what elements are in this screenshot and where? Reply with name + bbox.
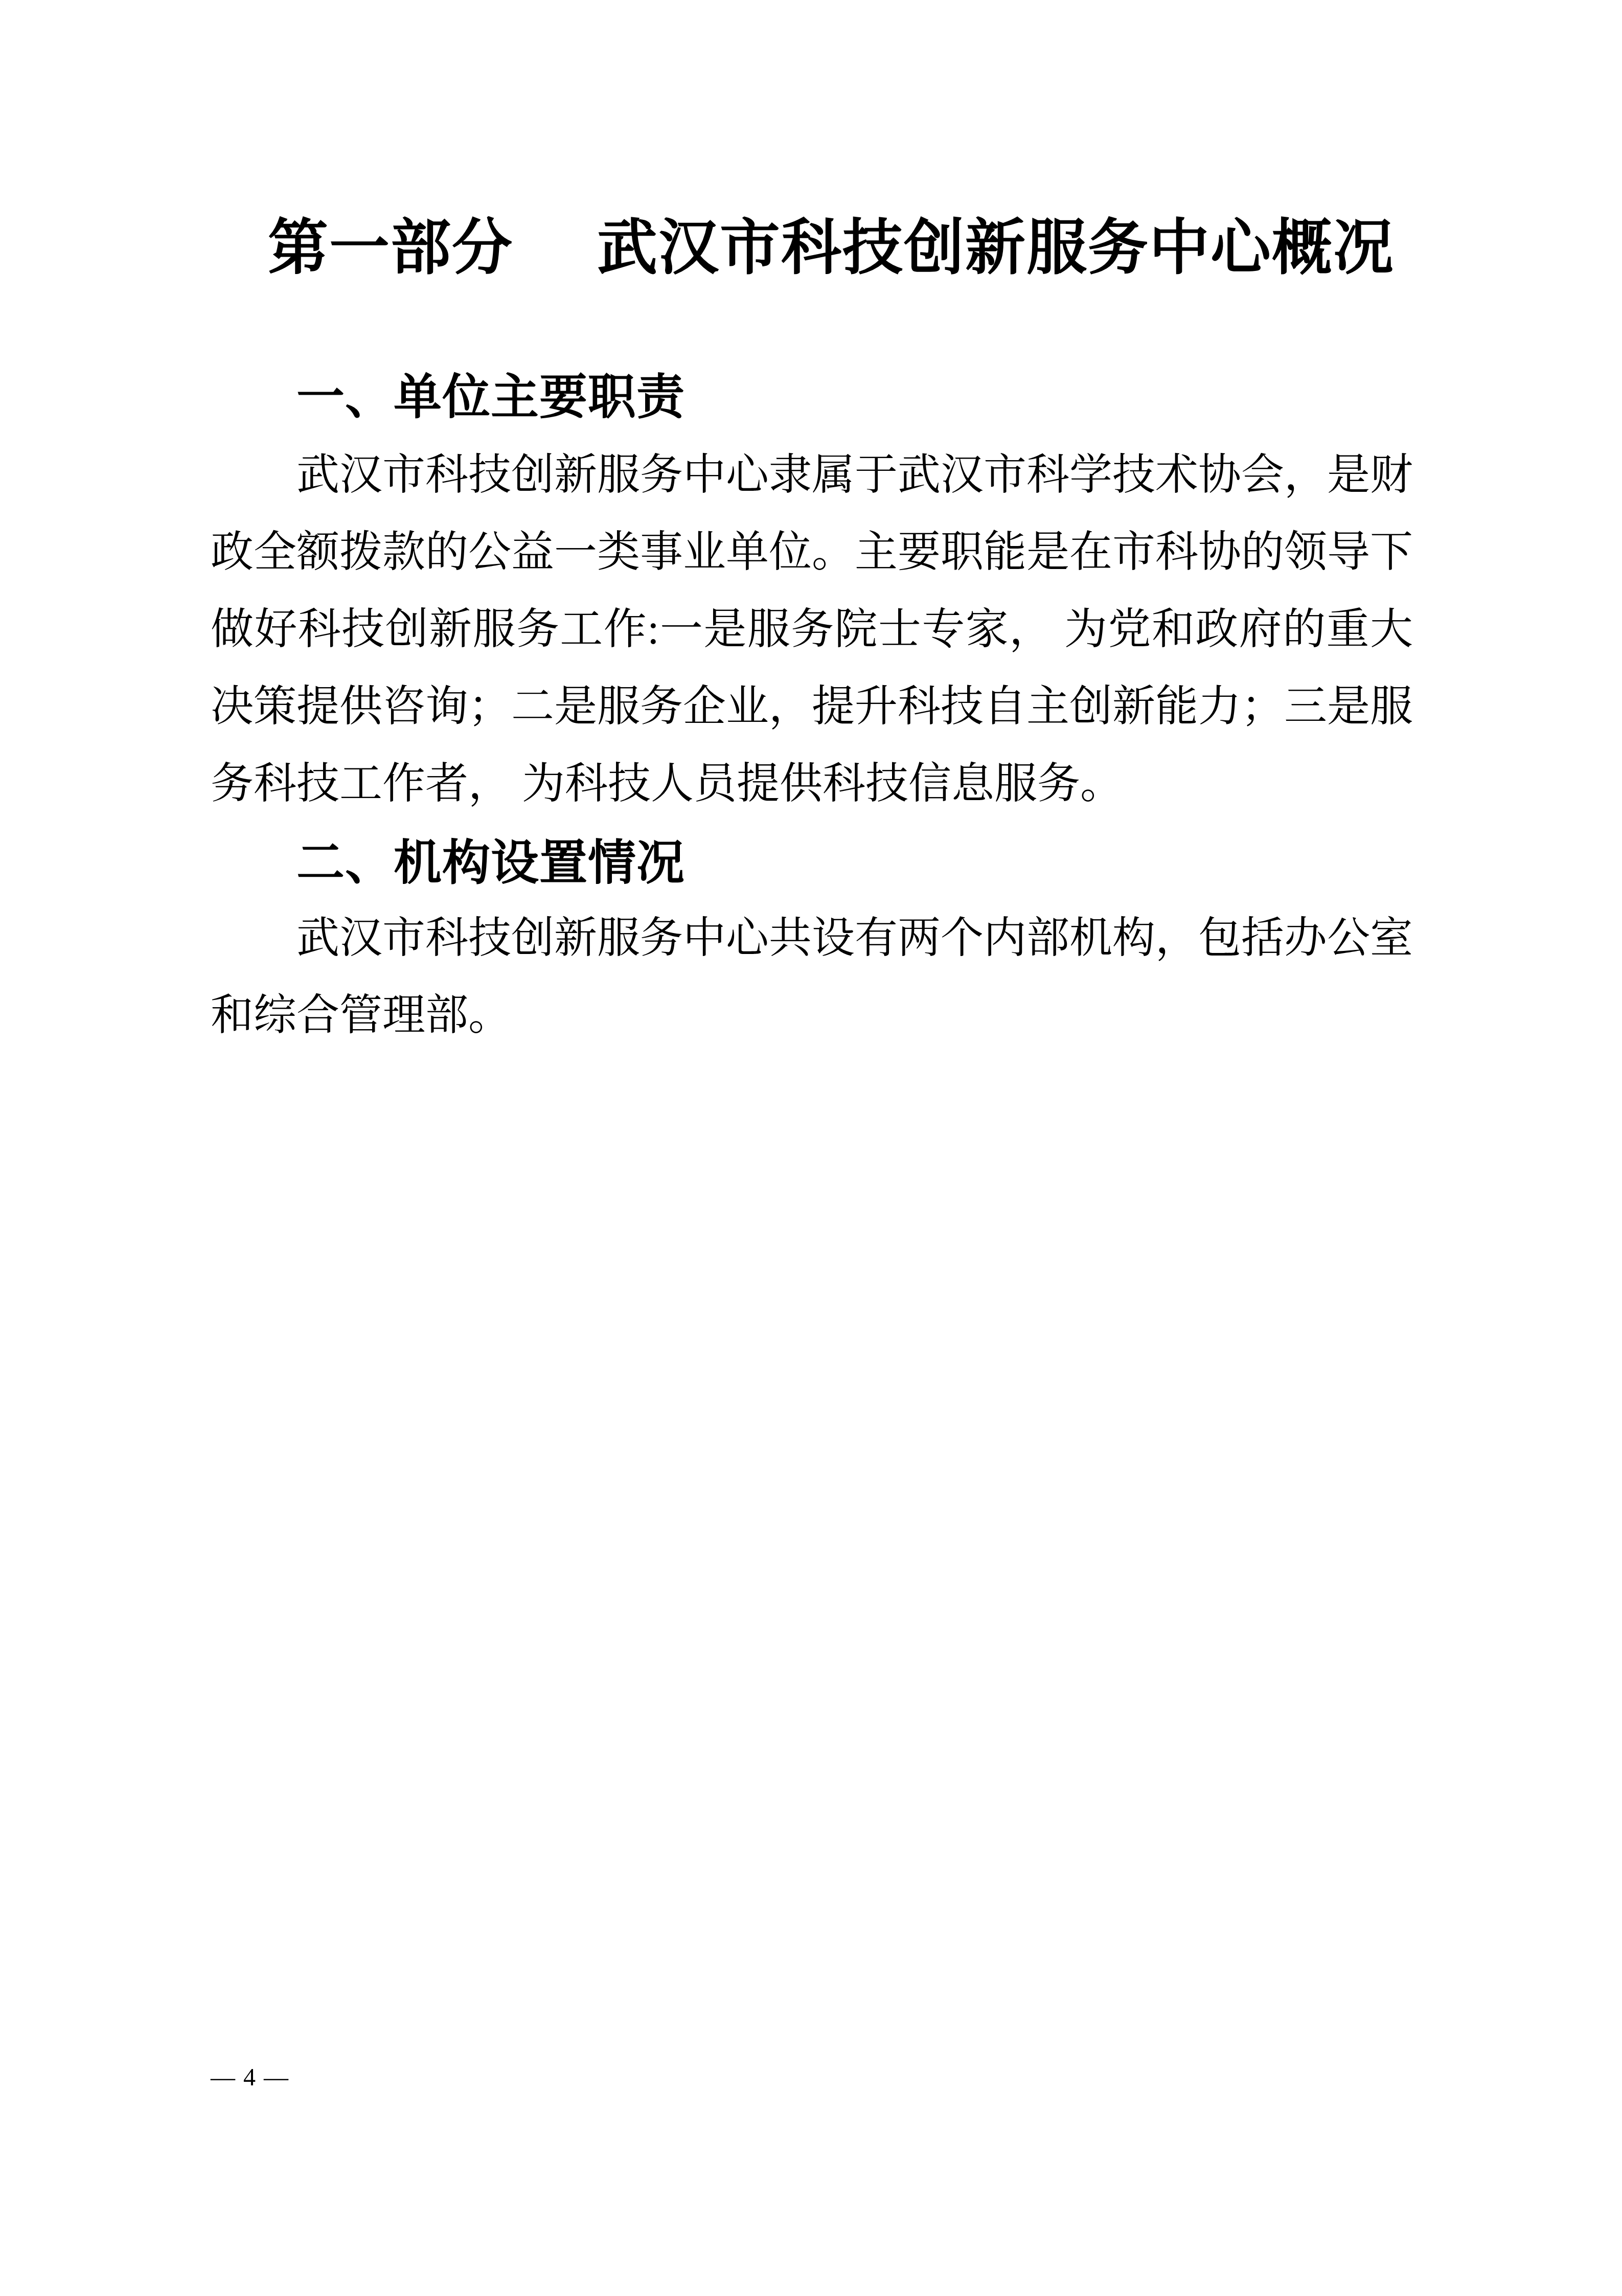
page-number: — 4 — [211,2065,289,2090]
page-title-part-2: 武汉市科技创新服务中心概况 [597,218,1395,278]
section-2-paragraph-line-1: 武汉市科技创新服务中心共设有两个内部机构，包括办公室 [296,917,1413,960]
section-1-paragraph-line-4: 决策提供咨询；二是服务企业，提升科技自主创新能力；三是服 [211,686,1413,729]
section-1-heading: 一、单位主要职责 [296,373,685,421]
page-title-part-1: 第一部分 [268,218,513,278]
section-1-paragraph-line-3: 做好科技创新服务工作:一是服务院士专家， 为党和政府的重大 [211,608,1413,651]
document-page: 第一部分 武汉市科技创新服务中心概况 一、单位主要职责 武汉市科技创新服务中心隶… [0,0,1622,2296]
section-1-paragraph-line-5: 务科技工作者， 为科技人员提供科技信息服务。 [211,763,1413,806]
section-1-paragraph-line-2: 政全额拨款的公益一类事业单位。主要职能是在市科协的领导下 [211,531,1413,574]
section-1-paragraph-line-1: 武汉市科技创新服务中心隶属于武汉市科学技术协会，是财 [296,454,1413,497]
section-2-paragraph-line-2: 和综合管理部。 [211,994,1413,1037]
section-2-heading: 二、机构设置情况 [296,839,685,887]
